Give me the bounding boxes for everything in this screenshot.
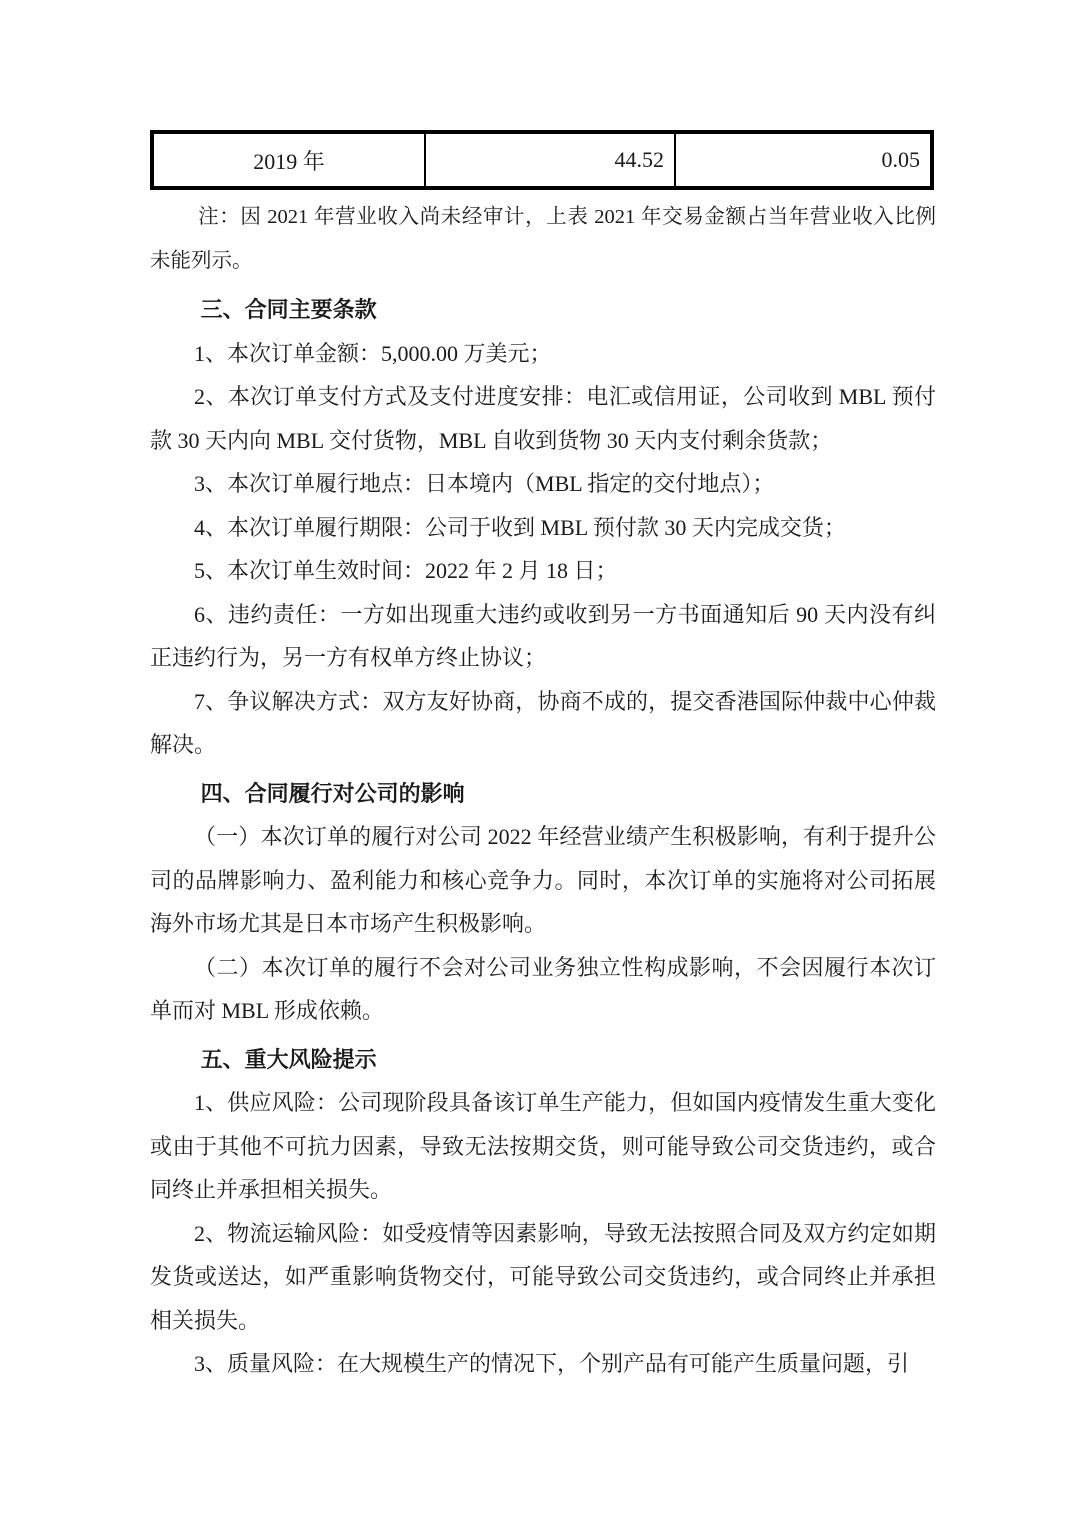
table-cell-amount: 44.52 [425,132,675,188]
paragraph-supply-risk: 1、供应风险：公司现阶段具备该订单生产能力，但如国内疫情发生重大变化或由于其他不… [150,1081,936,1212]
paragraph-delivery-location: 3、本次订单履行地点：日本境内（MBL 指定的交付地点）； [150,462,936,506]
section-heading-major-risks: 五、重大风险提示 [150,1038,936,1082]
table-cell-year: 2019 年 [152,132,425,188]
document-page: 2019 年 44.52 0.05 注：因 2021 年营业收入尚未经审计，上表… [0,0,1080,1527]
paragraph-quality-risk: 3、质量风险：在大规模生产的情况下，个别产品有可能产生质量问题，引 [150,1342,936,1386]
paragraph-payment-terms: 2、本次订单支付方式及支付进度安排：电汇或信用证，公司收到 MBL 预付款 30… [150,375,936,462]
revenue-ratio-table: 2019 年 44.52 0.05 [150,130,934,190]
paragraph-logistics-risk: 2、物流运输风险：如受疫情等因素影响，导致无法按照合同及双方约定如期发货或送达，… [150,1212,936,1343]
table-footnote: 注：因 2021 年营业收入尚未经审计，上表 2021 年交易金额占当年营业收入… [150,196,936,283]
paragraph-effective-date: 5、本次订单生效时间：2022 年 2 月 18 日； [150,549,936,593]
paragraph-breach-liability: 6、违约责任：一方如出现重大违约或收到另一方书面通知后 90 天内没有纠正违约行… [150,593,936,680]
table-cell-ratio: 0.05 [675,132,932,188]
paragraph-positive-impact: （一）本次订单的履行对公司 2022 年经营业绩产生积极影响，有利于提升公司的品… [150,815,936,946]
section-heading-contract-terms: 三、合同主要条款 [150,288,936,332]
paragraph-dispute-resolution: 7、争议解决方式：双方友好协商，协商不成的，提交香港国际仲裁中心仲裁解决。 [150,680,936,767]
paragraph-order-amount: 1、本次订单金额：5,000.00 万美元； [150,332,936,376]
paragraph-independence-impact: （二）本次订单的履行不会对公司业务独立性构成影响，不会因履行本次订单而对 MBL… [150,946,936,1033]
paragraph-delivery-deadline: 4、本次订单履行期限：公司于收到 MBL 预付款 30 天内完成交货； [150,506,936,550]
table-row: 2019 年 44.52 0.05 [152,132,932,188]
page-content: 2019 年 44.52 0.05 注：因 2021 年营业收入尚未经审计，上表… [150,0,936,1386]
section-heading-impact-on-company: 四、合同履行对公司的影响 [150,772,936,816]
